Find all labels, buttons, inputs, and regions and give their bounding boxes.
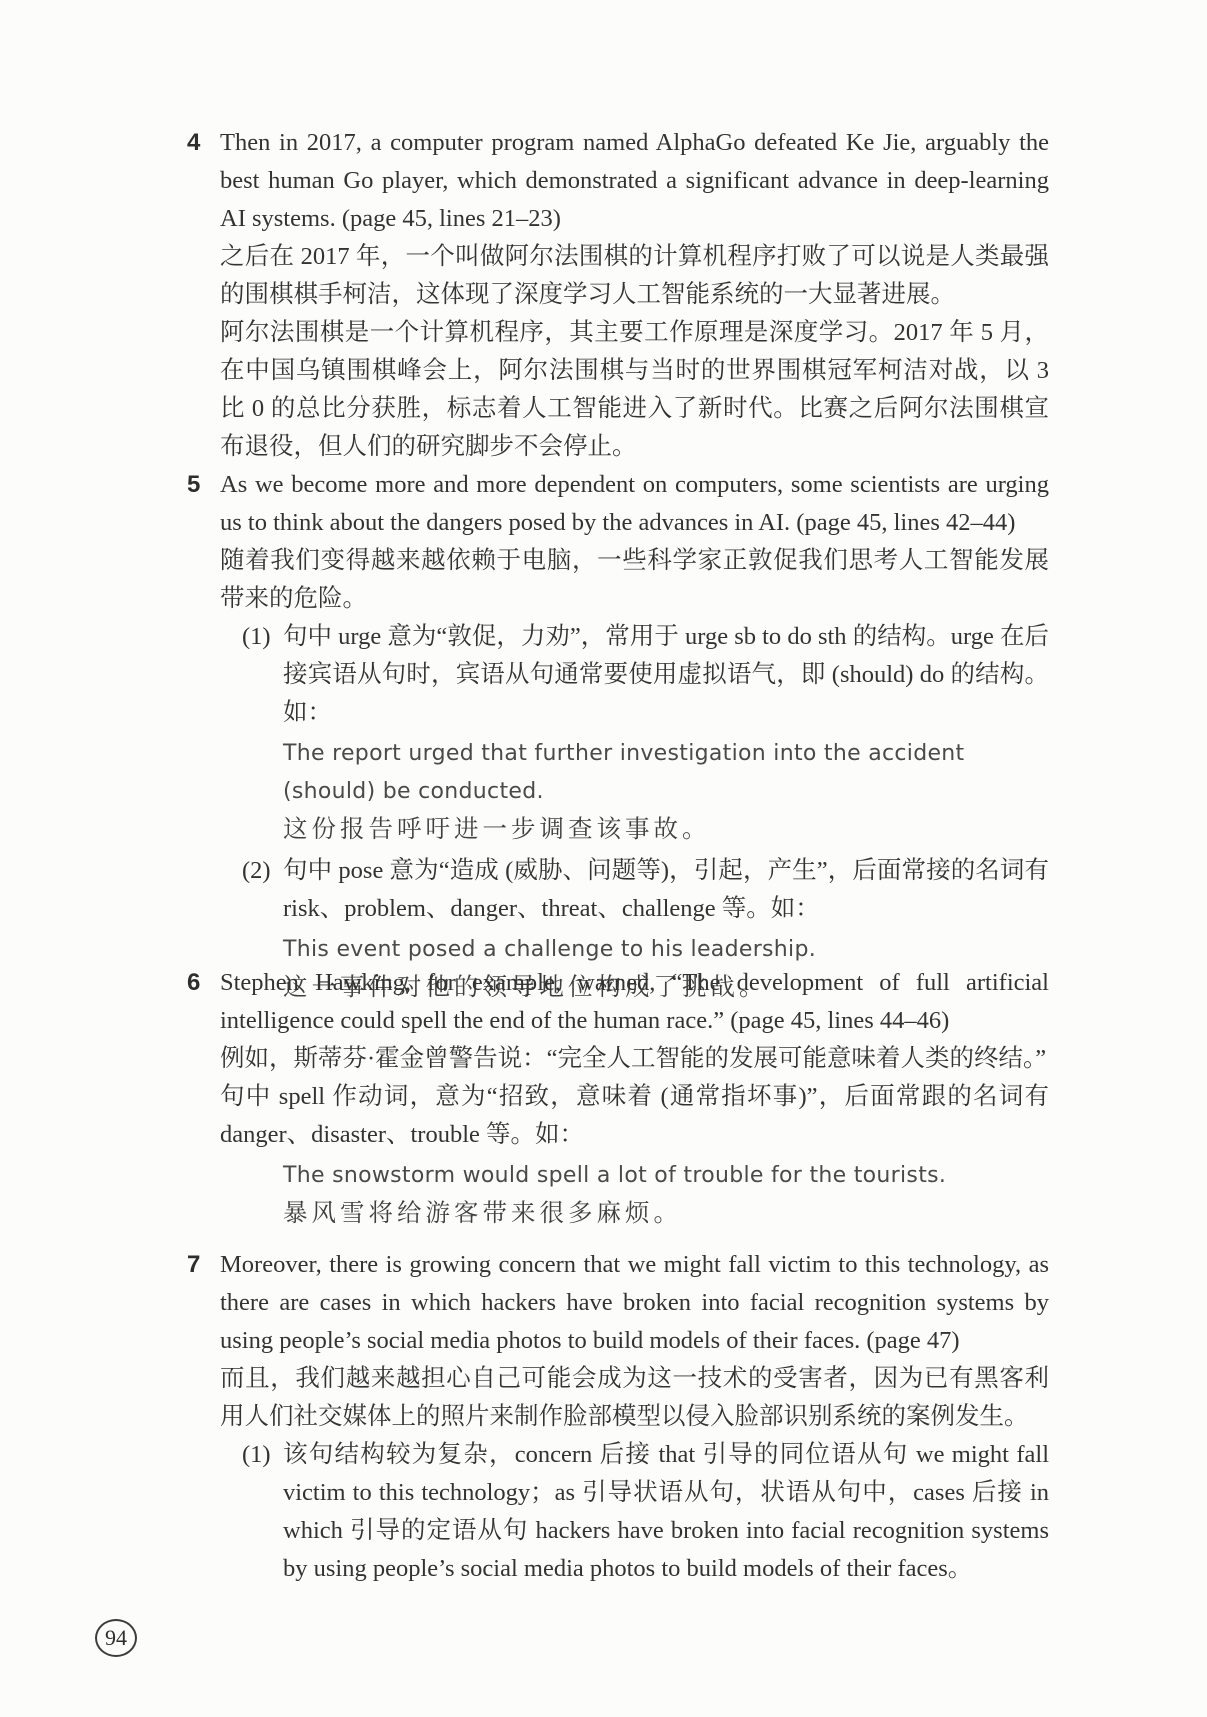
sub-item-label: (1): [242, 1436, 283, 1588]
sub-item-explanation: 该句结构较为复杂，concern 后接 that 引导的同位语从句 we mig…: [283, 1436, 1049, 1588]
english-sentence: Then in 2017, a computer program named A…: [220, 124, 1049, 238]
item-body: Then in 2017, a computer program named A…: [220, 124, 1049, 466]
english-sentence: As we become more and more dependent on …: [220, 466, 1049, 542]
english-sentence: Moreover, there is growing concern that …: [220, 1246, 1049, 1360]
note-item-6: 6 Stephen Hawking, for example, warned, …: [187, 964, 1049, 1236]
item-body: Moreover, there is growing concern that …: [220, 1246, 1049, 1588]
item-number: 7: [187, 1246, 220, 1284]
item-number: 5: [187, 466, 220, 504]
sub-item-explanation: 句中 urge 意为“敦促，力劝”，常用于 urge sb to do sth …: [283, 618, 1049, 732]
page-number-badge: 94: [95, 1619, 137, 1657]
sub-item-1: (1) 句中 urge 意为“敦促，力劝”，常用于 urge sb to do …: [242, 618, 1049, 852]
example-sentence-english: The snowstorm would spell a lot of troub…: [283, 1157, 1049, 1195]
item-number: 6: [187, 964, 220, 1002]
sub-item-1: (1) 该句结构较为复杂，concern 后接 that 引导的同位语从句 we…: [242, 1436, 1049, 1588]
sub-item-body: 该句结构较为复杂，concern 后接 that 引导的同位语从句 we mig…: [283, 1436, 1049, 1588]
item-body: As we become more and more dependent on …: [220, 466, 1049, 1010]
note-item-5: 5 As we become more and more dependent o…: [187, 466, 1049, 1010]
english-sentence: Stephen Hawking, for example, warned, “T…: [220, 964, 1049, 1040]
sub-item-body: 句中 urge 意为“敦促，力劝”，常用于 urge sb to do sth …: [283, 618, 1049, 852]
sub-item-label: (1): [242, 618, 283, 852]
chinese-translation: 而且，我们越来越担心自己可能会成为这一技术的受害者，因为已有黑客利用人们社交媒体…: [220, 1360, 1049, 1436]
chinese-note: 句中 spell 作动词，意为“招致，意味着 (通常指坏事)”，后面常跟的名词有…: [220, 1078, 1049, 1154]
chinese-note: 阿尔法围棋是一个计算机程序，其主要工作原理是深度学习。2017 年 5 月，在中…: [220, 314, 1049, 466]
chinese-translation: 随着我们变得越来越依赖于电脑，一些科学家正敦促我们思考人工智能发展带来的危险。: [220, 542, 1049, 618]
example-block: The snowstorm would spell a lot of troub…: [283, 1157, 1049, 1233]
example-sentence-english: The report urged that further investigat…: [283, 735, 1049, 811]
page-number: 94: [105, 1625, 127, 1651]
note-item-4: 4 Then in 2017, a computer program named…: [187, 124, 1049, 466]
item-body: Stephen Hawking, for example, warned, “T…: [220, 964, 1049, 1236]
example-sentence-chinese: 暴风雪将给游客带来很多麻烦。: [283, 1195, 1049, 1233]
example-sentence-chinese: 这份报告呼吁进一步调查该事故。: [283, 811, 1049, 849]
textbook-page: 4 Then in 2017, a computer program named…: [0, 0, 1207, 1717]
chinese-translation: 之后在 2017 年，一个叫做阿尔法围棋的计算机程序打败了可以说是人类最强的围棋…: [220, 238, 1049, 314]
sub-item-explanation: 句中 pose 意为“造成 (威胁、问题等)，引起，产生”，后面常接的名词有 r…: [283, 852, 1049, 928]
note-item-7: 7 Moreover, there is growing concern tha…: [187, 1246, 1049, 1588]
item-number: 4: [187, 124, 220, 162]
chinese-translation: 例如，斯蒂芬·霍金曾警告说：“完全人工智能的发展可能意味着人类的终结。”: [220, 1040, 1049, 1078]
